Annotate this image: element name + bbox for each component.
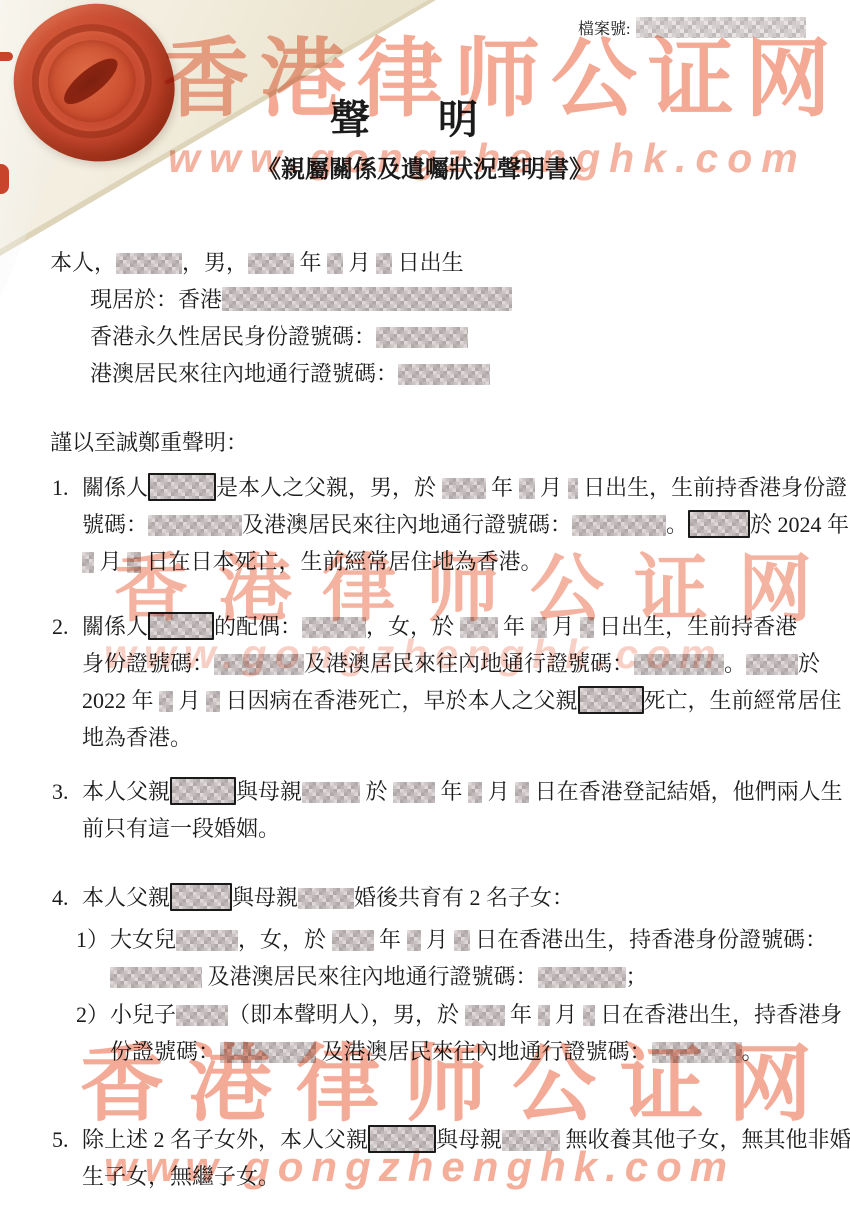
text-line: 身份證號碼：及港澳居民來往內地通行證號碼：。於 (82, 645, 842, 682)
text-run: 月 (550, 1002, 583, 1027)
text-run: 月 (173, 688, 206, 713)
redacted-block (746, 654, 798, 675)
text-run: 。 (724, 651, 746, 676)
redacted-block (398, 364, 490, 385)
text-line: 本人父親與母親婚後共育有 2 名子女： (82, 879, 814, 916)
redacted-block (376, 327, 468, 348)
text-run: 關係人 (82, 614, 148, 639)
text-run: 除上述 2 名子女外，本人父親 (82, 1127, 368, 1152)
redacted-block (454, 930, 470, 951)
title-char: 明 (438, 100, 478, 140)
redacted-block (580, 617, 594, 638)
text-line: 生子女，無繼子女。 (82, 1158, 850, 1195)
text-run: 港澳居民來往內地通行證號碼： (90, 361, 398, 386)
redacted-block (531, 617, 547, 638)
redacted-block (110, 967, 202, 988)
text-run: 號碼： (82, 512, 148, 537)
text-run: 年 (435, 779, 468, 804)
redacted-block (127, 552, 141, 573)
document-subtitle: 《親屬關係及遺囑狀況聲明書》 (0, 149, 850, 184)
text-run: 婚後共育有 2 名子女： (354, 885, 574, 910)
redacted-block (652, 1042, 742, 1063)
text-run: 與母親 (232, 885, 298, 910)
declaration-lead: 謹以至誠鄭重聲明： (50, 424, 248, 461)
text-line: 2022 年 月 日因病在香港死亡，早於本人之父親死亡，生前經常居住 (82, 682, 842, 719)
redacted-block (465, 1005, 505, 1026)
wax-drip (0, 52, 13, 61)
text-line: 關係人是本人之父親，男，於 年 月 日出生，生前持香港身份證 (82, 469, 849, 506)
text-line: 小兒子（即本聲明人），男，於 年 月 日在香港出生，持香港身 (110, 996, 842, 1033)
text-run: 的配偶： (214, 614, 302, 639)
file-number-redacted (636, 17, 806, 38)
item-number: 5. (52, 1121, 82, 1195)
redacted-block (393, 782, 435, 803)
text-run: 及港澳居民來往內地通行證號碼： (316, 1039, 652, 1064)
text-run: 小兒子 (110, 1002, 176, 1027)
text-run: 2022 年 (82, 688, 159, 713)
text-run: 日在香港登記結婚，他們兩人生 (529, 779, 843, 804)
text-run: 年 (505, 1002, 538, 1027)
text-line: 號碼：及港澳居民來往內地通行證號碼：。於 2024 年 (82, 506, 849, 543)
subitem-number: 2） (76, 996, 110, 1070)
redacted-block (460, 617, 498, 638)
item-number: 1. (52, 469, 82, 580)
declarant-info-block: 本人，，男， 年 月 日出生 現居於：香港 香港永久性居民身份證號碼： 港澳居民… (50, 244, 512, 392)
file-number-row: 檔案號: (578, 16, 806, 39)
text-run: 日在香港出生，持香港身 (595, 1002, 843, 1027)
document-title: 聲 明 (0, 100, 829, 140)
text-line: 現居於：香港 (90, 281, 512, 318)
text-run: 死亡，生前經常居住 (644, 688, 842, 713)
redacted-block (688, 510, 750, 538)
text-run: 是本人之父親，男，於 (216, 475, 442, 500)
redacted-block (148, 473, 216, 501)
redacted-block (176, 1005, 228, 1026)
redacted-block (578, 686, 644, 714)
text-run: ，女，於 (366, 614, 460, 639)
text-run: 大女兒 (110, 927, 176, 952)
text-run: 及港澳居民來往內地通行證號碼： (202, 964, 538, 989)
text-run: 關係人 (82, 475, 148, 500)
text-line: 謹以至誠鄭重聲明： (50, 424, 248, 461)
redacted-block (222, 287, 512, 311)
redacted-block (116, 253, 182, 274)
redacted-block (368, 1125, 436, 1153)
text-line: 前只有這一段婚姻。 (82, 810, 843, 847)
redacted-block (376, 253, 392, 274)
wax-seal (6, 0, 182, 170)
redacted-block (302, 617, 366, 638)
text-line: 月 日在日本死亡，生前經常居住地為香港。 (82, 543, 849, 580)
text-run: 月 (547, 614, 580, 639)
declaration-item-4-sub-1: 1） 大女兒，女，於 年 月 日在香港出生，持香港身份證號碼： 及港澳居民來往內… (76, 921, 814, 995)
text-run: 份證號碼： (110, 1039, 220, 1064)
text-run: 年 (374, 927, 407, 952)
text-run: 前只有這一段婚姻。 (82, 816, 280, 841)
redacted-block (519, 478, 535, 499)
text-run: 日出生 (392, 250, 464, 275)
redacted-block (148, 515, 242, 536)
text-run: 於 2024 年 (750, 512, 849, 537)
redacted-block (148, 612, 214, 640)
text-run: 地為香港。 (82, 725, 192, 750)
redacted-block (332, 930, 374, 951)
text-run: ，女，於 (238, 927, 332, 952)
text-run: 本人， (50, 250, 116, 275)
redacted-block (302, 782, 360, 803)
declaration-item-4-sub-2: 2） 小兒子（即本聲明人），男，於 年 月 日在香港出生，持香港身 份證號碼： … (76, 996, 814, 1070)
text-line: 本人父親與母親 於 年 月 日在香港登記結婚，他們兩人生 (82, 773, 843, 810)
text-run: 月 (482, 779, 515, 804)
redacted-block (502, 1130, 560, 1151)
text-run: 與母親 (436, 1127, 502, 1152)
redacted-block (220, 1042, 316, 1063)
text-run: 年 (294, 250, 327, 275)
redacted-block (568, 478, 578, 499)
text-line: 關係人的配偶：，女，於 年 月 日出生，生前持香港 (82, 608, 842, 645)
redacted-block (248, 253, 294, 274)
text-run: 本人父親 (82, 779, 170, 804)
text-run: ； (626, 964, 648, 989)
text-line: 份證號碼： 及港澳居民來往內地通行證號碼：。 (110, 1033, 842, 1070)
redacted-block (298, 888, 354, 909)
text-run: 香港永久性居民身份證號碼： (90, 324, 376, 349)
redacted-block (327, 253, 343, 274)
declaration-item-1: 1. 關係人是本人之父親，男，於 年 月 日出生，生前持香港身份證 號碼：及港澳… (52, 469, 814, 580)
text-run: 月 (343, 250, 376, 275)
text-line: 本人，，男， 年 月 日出生 (50, 244, 512, 281)
text-run: 本人父親 (82, 885, 170, 910)
title-char: 聲 (330, 100, 370, 140)
text-line: 及港澳居民來往內地通行證號碼：； (110, 958, 827, 995)
redacted-block (407, 930, 421, 951)
text-run: 月 (94, 549, 127, 574)
redacted-block (468, 782, 482, 803)
text-run: 日在日本死亡，生前經常居住地為香港。 (141, 549, 543, 574)
text-run: 日出生，生前持香港 (594, 614, 798, 639)
text-run: 日出生，生前持香港身份證 (578, 475, 848, 500)
redacted-block (170, 777, 236, 805)
text-run: 日因病在香港死亡，早於本人之父親 (220, 688, 578, 713)
text-line: 港澳居民來往內地通行證號碼： (90, 355, 512, 392)
redacted-block (515, 782, 529, 803)
redacted-block (538, 1005, 550, 1026)
item-number: 4. (52, 879, 82, 916)
redacted-block (572, 515, 666, 536)
text-run: 於 (360, 779, 393, 804)
redacted-block (176, 930, 238, 951)
text-run: 生子女，無繼子女。 (82, 1164, 280, 1189)
item-number: 2. (52, 608, 82, 756)
declaration-item-2: 2. 關係人的配偶：，女，於 年 月 日出生，生前持香港 身份證號碼：及港澳居民… (52, 608, 814, 756)
text-run: 及港澳居民來往內地通行證號碼： (242, 512, 572, 537)
redacted-block (583, 1005, 595, 1026)
text-run: 月 (535, 475, 568, 500)
redacted-block (634, 654, 724, 675)
text-line: 地為香港。 (82, 719, 842, 756)
redacted-block (82, 552, 94, 573)
declaration-item-3: 3. 本人父親與母親 於 年 月 日在香港登記結婚，他們兩人生 前只有這一段婚姻… (52, 773, 814, 847)
text-line: 香港永久性居民身份證號碼： (90, 318, 512, 355)
redacted-block (206, 691, 220, 712)
redacted-block (170, 883, 232, 911)
redacted-block (442, 478, 486, 499)
text-line: 除上述 2 名子女外，本人父親與母親 無收養其他子女，無其他非婚 (82, 1121, 850, 1158)
declaration-item-4: 4. 本人父親與母親婚後共育有 2 名子女： (52, 879, 814, 916)
redacted-block (538, 967, 626, 988)
text-run: （即本聲明人），男，於 (228, 1002, 465, 1027)
text-run: 於 (798, 651, 820, 676)
file-number-label: 檔案號: (578, 16, 630, 39)
text-run: 及港澳居民來往內地通行證號碼： (304, 651, 634, 676)
redacted-block (159, 691, 173, 712)
text-run: ，男， (182, 250, 248, 275)
text-run: 身份證號碼： (82, 651, 214, 676)
subitem-number: 1） (76, 921, 110, 995)
text-line: 大女兒，女，於 年 月 日在香港出生，持香港身份證號碼： (110, 921, 827, 958)
text-run: 與母親 (236, 779, 302, 804)
declaration-item-5: 5. 除上述 2 名子女外，本人父親與母親 無收養其他子女，無其他非婚 生子女，… (52, 1121, 814, 1195)
text-run: 現居於：香港 (90, 287, 222, 312)
text-run: 無收養其他子女，無其他非婚 (560, 1127, 850, 1152)
text-run: 年 (486, 475, 519, 500)
text-run: 年 (498, 614, 531, 639)
text-run: 日在香港出生，持香港身份證號碼： (470, 927, 828, 952)
text-run: 月 (421, 927, 454, 952)
redacted-block (214, 654, 304, 675)
item-number: 3. (52, 773, 82, 847)
text-run: 。 (666, 512, 688, 537)
text-run: 。 (742, 1039, 764, 1064)
